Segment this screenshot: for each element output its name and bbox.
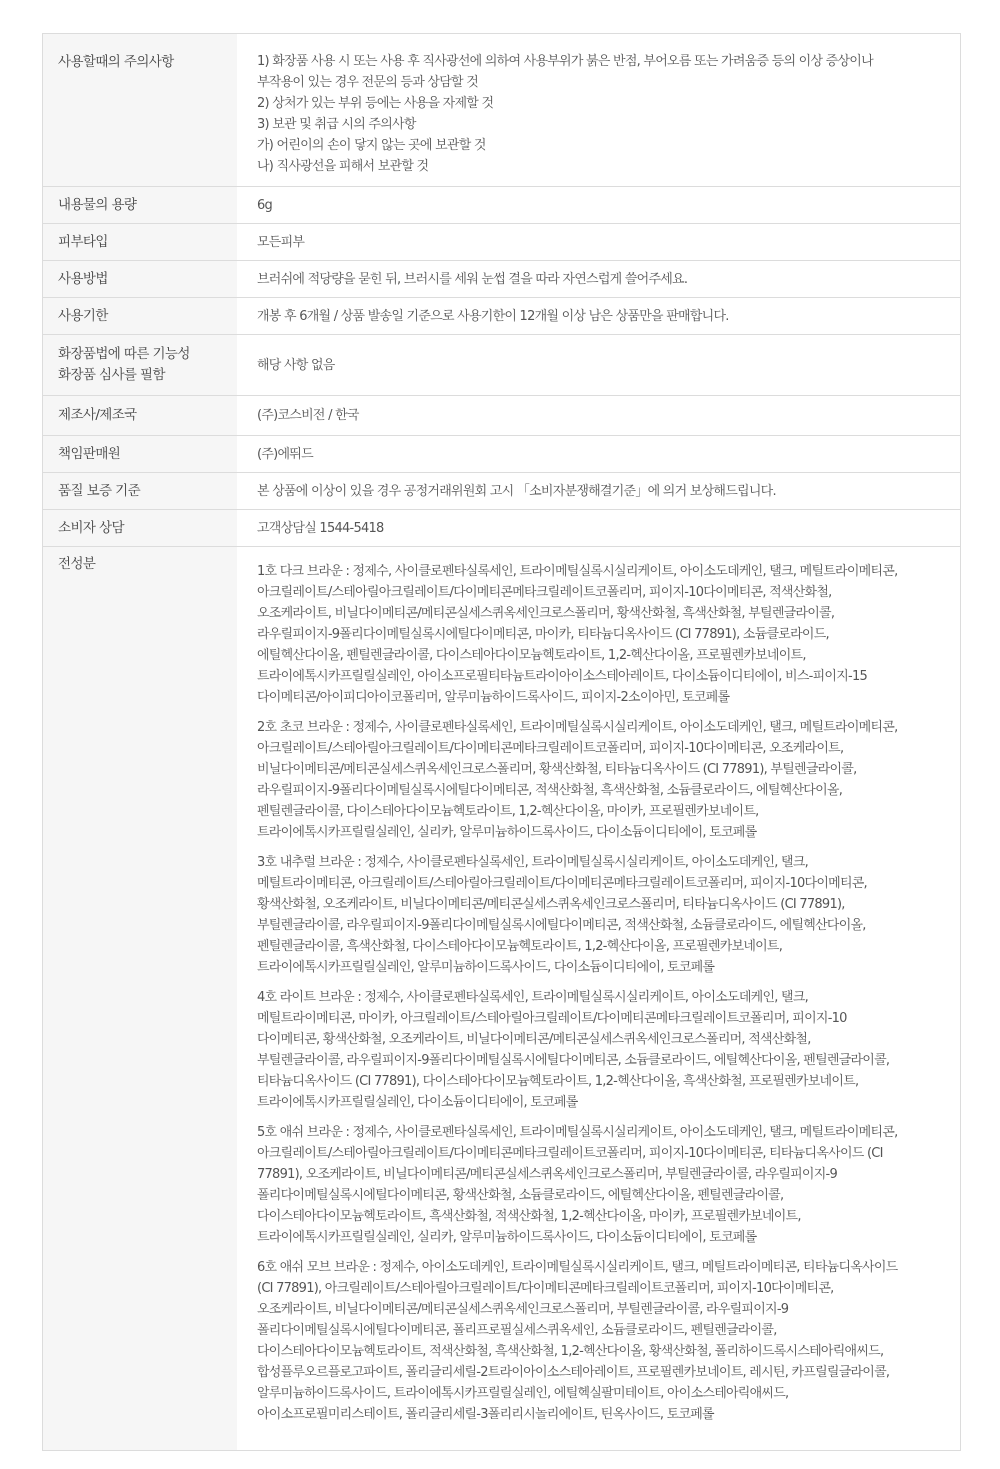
row-header: 화장품법에 따른 기능성 화장품 심사를 필함 <box>43 335 237 395</box>
ingredient-line: 트라이에톡시카프릴릴실레인, 알루미늄하이드록사이드, 다이소듐이디티에이, 토… <box>257 957 952 978</box>
row-value: 해당 사항 없음 <box>237 335 960 395</box>
row-header-label: 사용기한 <box>58 306 108 327</box>
ingredient-line: (CI 77891), 아크릴레이트/스테아릴아크릴레이트/다이메티콘메타크릴레… <box>257 1278 952 1299</box>
table-row-ingredients: 전성분 1호 다크 브라운 : 정제수, 사이클로펜타실록세인, 트라이메틸실록… <box>43 546 960 1450</box>
ingredient-line: 라우릴피이지-9폴리다이메틸실록시에틸다이메티콘, 적색산화철, 흑색산화철, … <box>257 780 952 801</box>
ingredient-list-shade-2: 2호 초코 브라운 : 정제수, 사이클로펜타실록세인, 트라이메틸실록시실리케… <box>257 717 952 843</box>
value-text: 개봉 후 6개월 / 상품 발송일 기준으로 사용기한이 12개월 이상 남은 … <box>257 306 729 327</box>
value-text: (주)에뛰드 <box>257 444 313 465</box>
value-line: 1) 화장품 사용 시 또는 사용 후 직사광선에 의하여 사용부위가 붉은 반… <box>257 51 952 72</box>
row-value: 개봉 후 6개월 / 상품 발송일 기준으로 사용기한이 12개월 이상 남은 … <box>237 298 960 334</box>
row-header: 사용방법 <box>43 261 237 297</box>
ingredient-line: 다이메티콘/아이피디아이코폴리머, 알루미늄하이드록사이드, 피이지-2소이아민… <box>257 687 952 708</box>
row-value: 본 상품에 이상이 있을 경우 공정거래위원회 고시 「소비자분쟁해결기준」에 … <box>237 473 960 509</box>
row-header-label: 제조사/제조국 <box>58 405 137 426</box>
ingredient-line: 라우릴피이지-9폴리다이메틸실록시에틸다이메티콘, 마이카, 티타늄디옥사이드 … <box>257 624 952 645</box>
ingredient-line: 77891), 오조케라이트, 비닐다이메티콘/메티콘실세스퀴옥세인크로스폴리머… <box>257 1164 952 1185</box>
value-line: 나) 직사광선을 피해서 보관할 것 <box>257 156 952 177</box>
ingredient-line: 다이스테아다이모늄헥토라이트, 흑색산화철, 적색산화철, 1,2-헥산다이올,… <box>257 1206 952 1227</box>
row-value: 1호 다크 브라운 : 정제수, 사이클로펜타실록세인, 트라이메틸실록시실리케… <box>237 547 960 1450</box>
row-header-label: 내용물의 용량 <box>58 195 136 216</box>
row-header: 품질 보증 기준 <box>43 473 237 509</box>
row-value: 6g <box>237 187 960 223</box>
value-line: 3) 보관 및 취급 시의 주의사항 <box>257 114 952 135</box>
ingredient-line: 트라이에톡시카프릴릴실레인, 실리카, 알루미늄하이드록사이드, 다이소듐이디티… <box>257 822 952 843</box>
ingredient-line: 폴리다이메틸실록시에틸다이메티콘, 황색산화철, 소듐클로라이드, 에틸헥산다이… <box>257 1185 952 1206</box>
value-text: (주)코스비전 / 한국 <box>257 405 359 426</box>
ingredient-line: 다이스테아다이모늄헥토라이트, 적색산화철, 흑색산화철, 1,2-헥산다이올,… <box>257 1341 952 1362</box>
ingredient-line: 3호 내추럴 브라운 : 정제수, 사이클로펜타실록세인, 트라이메틸실록시실리… <box>257 852 952 873</box>
ingredient-line: 오조케라이트, 비닐다이메티콘/메티콘실세스퀴옥세인크로스폴리머, 황색산화철,… <box>257 603 952 624</box>
ingredient-line: 티타늄디옥사이드 (CI 77891), 다이스테아다이모늄헥토라이트, 1,2… <box>257 1071 952 1092</box>
row-value: 모든피부 <box>237 224 960 260</box>
table-row-volume: 내용물의 용량 6g <box>43 186 960 223</box>
table-row-manufacturer: 제조사/제조국 (주)코스비전 / 한국 <box>43 395 960 435</box>
row-header-label: 전성분 <box>58 554 95 575</box>
ingredient-line: 4호 라이트 브라운 : 정제수, 사이클로펜타실록세인, 트라이메틸실록시실리… <box>257 987 952 1008</box>
ingredient-list-shade-4: 4호 라이트 브라운 : 정제수, 사이클로펜타실록세인, 트라이메틸실록시실리… <box>257 987 952 1113</box>
product-info-table: 사용할때의 주의사항 1) 화장품 사용 시 또는 사용 후 직사광선에 의하여… <box>42 33 961 1451</box>
row-header: 사용할때의 주의사항 <box>43 34 237 186</box>
table-row-precautions: 사용할때의 주의사항 1) 화장품 사용 시 또는 사용 후 직사광선에 의하여… <box>43 34 960 186</box>
ingredient-line: 부틸렌글라이콜, 라우릴피이지-9폴리다이메틸실록시에틸다이메티콘, 소듐클로라… <box>257 1050 952 1071</box>
row-header: 사용기한 <box>43 298 237 334</box>
ingredient-line: 아크릴레이트/스테아릴아크릴레이트/다이메티콘메타크릴레이트코폴리머, 피이지-… <box>257 1143 952 1164</box>
ingredient-line: 펜틸렌글라이콜, 다이스테아다이모늄헥토라이트, 1,2-헥산다이올, 마이카,… <box>257 801 952 822</box>
ingredient-line: 합성플루오르플로고파이트, 폴리글리세릴-2트라이아이소스테아레이트, 프로필렌… <box>257 1362 952 1383</box>
row-header: 내용물의 용량 <box>43 187 237 223</box>
ingredient-list-shade-1: 1호 다크 브라운 : 정제수, 사이클로펜타실록세인, 트라이메틸실록시실리케… <box>257 561 952 708</box>
row-header-label: 화장품법에 따른 기능성 화장품 심사를 필함 <box>58 344 190 386</box>
ingredient-line: 1호 다크 브라운 : 정제수, 사이클로펜타실록세인, 트라이메틸실록시실리케… <box>257 561 952 582</box>
ingredient-line: 황색산화철, 오조케라이트, 비닐다이메티콘/메티콘실세스퀴옥세인크로스폴리머,… <box>257 894 952 915</box>
ingredient-line: 펜틸렌글라이콜, 흑색산화철, 다이스테아다이모늄헥토라이트, 1,2-헥산다이… <box>257 936 952 957</box>
ingredient-list-shade-3: 3호 내추럴 브라운 : 정제수, 사이클로펜타실록세인, 트라이메틸실록시실리… <box>257 852 952 978</box>
ingredient-line: 에틸헥산다이올, 펜틸렌글라이콜, 다이스테아다이모늄헥토라이트, 1,2-헥산… <box>257 645 952 666</box>
ingredient-line: 트라이에톡시카프릴릴실레인, 실리카, 알루미늄하이드록사이드, 다이소듐이디티… <box>257 1227 952 1248</box>
ingredient-line: 알루미늄하이드록사이드, 트라이에톡시카프릴릴실레인, 에틸헥실팔미테이트, 아… <box>257 1383 952 1404</box>
value-text: 브러쉬에 적당량을 묻힌 뒤, 브러시를 세워 눈썹 결을 따라 자연스럽게 쓸… <box>257 269 687 290</box>
table-row-distributor: 책임판매원 (주)에뛰드 <box>43 435 960 472</box>
ingredient-line: 아이소프로필미리스테이트, 폴리글리세릴-3폴리리시놀리에이트, 틴옥사이드, … <box>257 1404 952 1425</box>
row-header-label: 소비자 상담 <box>58 518 124 539</box>
header-line: 화장품법에 따른 기능성 <box>58 344 190 365</box>
row-header: 제조사/제조국 <box>43 396 237 435</box>
value-text: 고객상담실 1544-5418 <box>257 518 384 539</box>
ingredient-line: 트라이에톡시카프릴릴실레인, 아이소프로필티타늄트라이아이소스테아레이트, 다이… <box>257 666 952 687</box>
table-row-customer-service: 소비자 상담 고객상담실 1544-5418 <box>43 509 960 546</box>
ingredient-line: 6호 애쉬 모브 브라운 : 정제수, 아이소도데케인, 트라이메틸실록시실리케… <box>257 1257 952 1278</box>
row-header: 소비자 상담 <box>43 510 237 546</box>
ingredient-line: 5호 애쉬 브라운 : 정제수, 사이클로펜타실록세인, 트라이메틸실록시실리케… <box>257 1122 952 1143</box>
row-header-label: 품질 보증 기준 <box>58 481 140 502</box>
row-header-label: 책임판매원 <box>58 444 120 465</box>
row-header-label: 피부타입 <box>58 232 108 253</box>
value-text: 해당 사항 없음 <box>257 355 335 376</box>
ingredient-line: 메틸트라이메티콘, 마이카, 아크릴레이트/스테아릴아크릴레이트/다이메티콘메타… <box>257 1008 952 1029</box>
row-header: 피부타입 <box>43 224 237 260</box>
value-text: 6g <box>257 195 272 216</box>
header-line: 화장품 심사를 필함 <box>58 365 190 386</box>
table-row-usage: 사용방법 브러쉬에 적당량을 묻힌 뒤, 브러시를 세워 눈썹 결을 따라 자연… <box>43 260 960 297</box>
ingredient-line: 2호 초코 브라운 : 정제수, 사이클로펜타실록세인, 트라이메틸실록시실리케… <box>257 717 952 738</box>
row-header-label: 사용할때의 주의사항 <box>58 52 174 73</box>
ingredient-list-shade-6: 6호 애쉬 모브 브라운 : 정제수, 아이소도데케인, 트라이메틸실록시실리케… <box>257 1257 952 1425</box>
ingredient-line: 메틸트라이메티콘, 아크릴레이트/스테아릴아크릴레이트/다이메티콘메타크릴레이트… <box>257 873 952 894</box>
ingredient-line: 비닐다이메티콘/메티콘실세스퀴옥세인크로스폴리머, 황색산화철, 티타늄디옥사이… <box>257 759 952 780</box>
table-row-skin-type: 피부타입 모든피부 <box>43 223 960 260</box>
ingredient-line: 부틸렌글라이콜, 라우릴피이지-9폴리다이메틸실록시에틸다이메티콘, 적색산화철… <box>257 915 952 936</box>
table-row-functional-review: 화장품법에 따른 기능성 화장품 심사를 필함 해당 사항 없음 <box>43 334 960 395</box>
row-header: 전성분 <box>43 547 237 1450</box>
row-value: (주)코스비전 / 한국 <box>237 396 960 435</box>
ingredient-line: 폴리다이메틸실록시에틸다이메티콘, 폴리프로필실세스퀴옥세인, 소듐클로라이드,… <box>257 1320 952 1341</box>
value-line: 부작용이 있는 경우 전문의 등과 상담할 것 <box>257 72 952 93</box>
ingredient-line: 아크릴레이트/스테아릴아크릴레이트/다이메티콘메타크릴레이트코폴리머, 피이지-… <box>257 582 952 603</box>
row-value: 브러쉬에 적당량을 묻힌 뒤, 브러시를 세워 눈썹 결을 따라 자연스럽게 쓸… <box>237 261 960 297</box>
value-line: 가) 어린이의 손이 닿지 않는 곳에 보관할 것 <box>257 135 952 156</box>
ingredient-line: 오조케라이트, 비닐다이메티콘/메티콘실세스퀴옥세인크로스폴리머, 부틸렌글라이… <box>257 1299 952 1320</box>
value-line: 2) 상처가 있는 부위 등에는 사용을 자제할 것 <box>257 93 952 114</box>
row-header-label: 사용방법 <box>58 269 108 290</box>
ingredient-line: 아크릴레이트/스테아릴아크릴레이트/다이메티콘메타크릴레이트코폴리머, 피이지-… <box>257 738 952 759</box>
row-value: 1) 화장품 사용 시 또는 사용 후 직사광선에 의하여 사용부위가 붉은 반… <box>237 34 960 186</box>
value-text: 모든피부 <box>257 232 304 253</box>
table-row-quality-guarantee: 품질 보증 기준 본 상품에 이상이 있을 경우 공정거래위원회 고시 「소비자… <box>43 472 960 509</box>
value-text: 본 상품에 이상이 있을 경우 공정거래위원회 고시 「소비자분쟁해결기준」에 … <box>257 481 776 502</box>
row-header: 책임판매원 <box>43 436 237 472</box>
row-value: (주)에뛰드 <box>237 436 960 472</box>
ingredient-list-shade-5: 5호 애쉬 브라운 : 정제수, 사이클로펜타실록세인, 트라이메틸실록시실리케… <box>257 1122 952 1248</box>
row-value: 고객상담실 1544-5418 <box>237 510 960 546</box>
table-row-expiry: 사용기한 개봉 후 6개월 / 상품 발송일 기준으로 사용기한이 12개월 이… <box>43 297 960 334</box>
ingredient-line: 다이메티콘, 황색산화철, 오조케라이트, 비닐다이메티콘/메티콘실세스퀴옥세인… <box>257 1029 952 1050</box>
ingredient-line: 트라이에톡시카프릴릴실레인, 다이소듐이디티에이, 토코페롤 <box>257 1092 952 1113</box>
